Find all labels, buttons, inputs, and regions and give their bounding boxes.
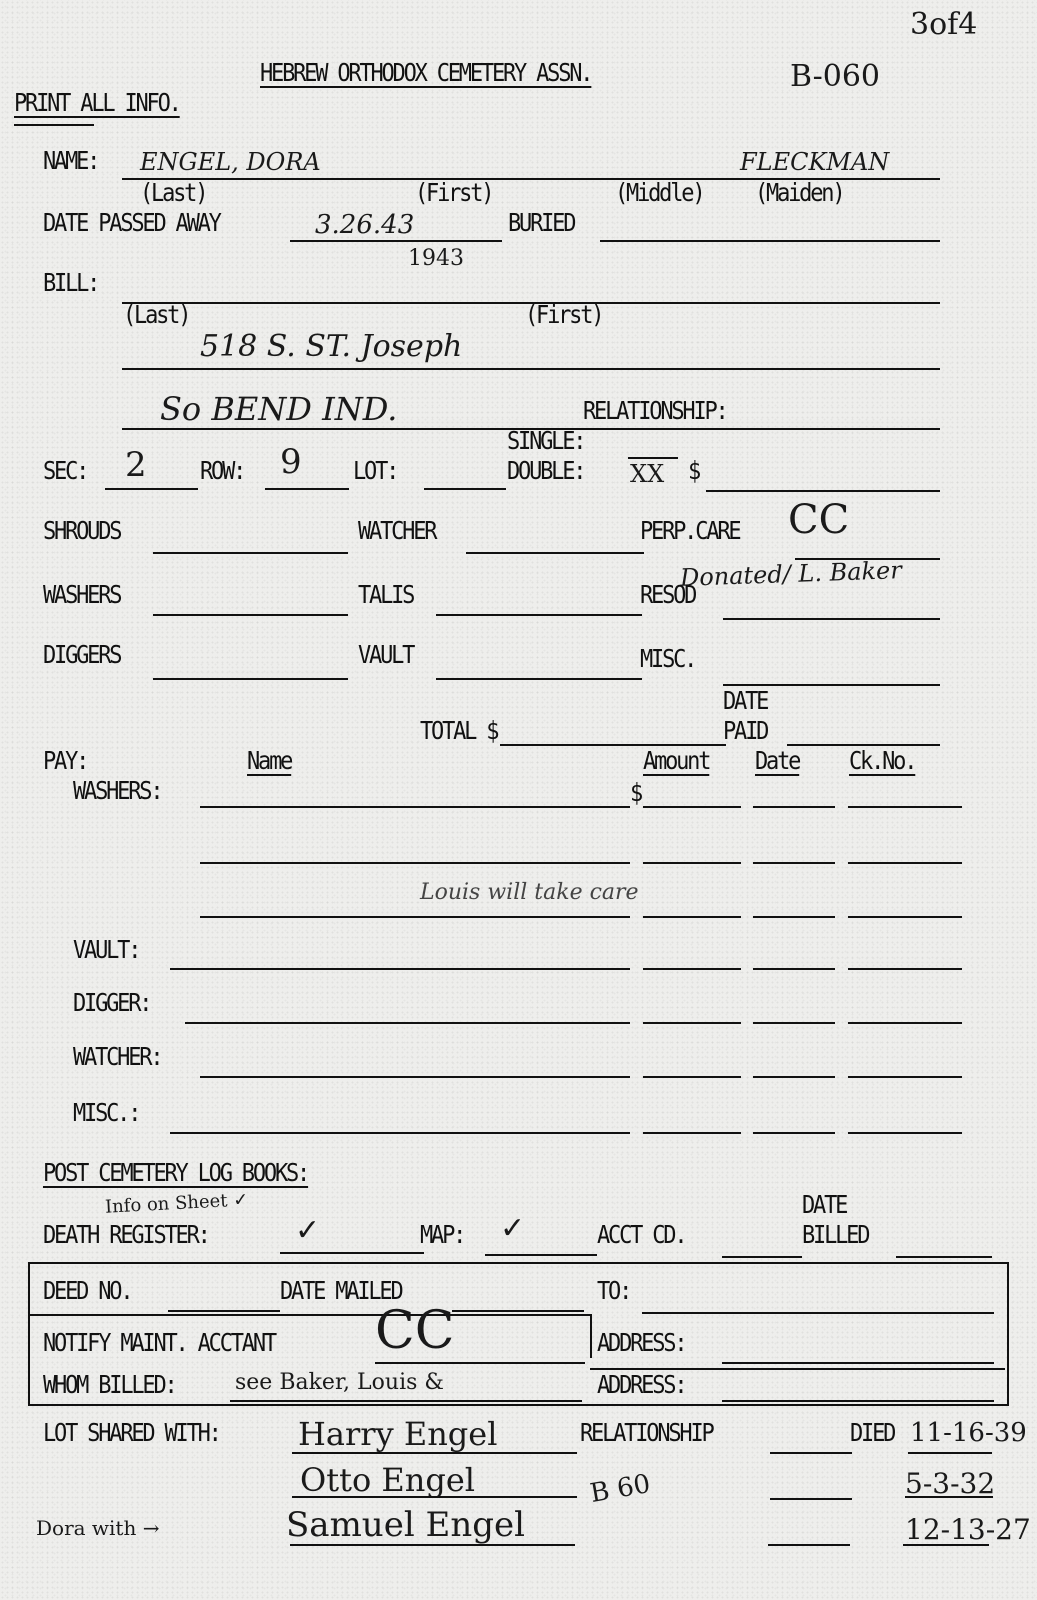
dollar-label: $ xyxy=(688,458,699,483)
pay-row-amount-line[interactable] xyxy=(643,968,741,970)
vault-label: VAULT xyxy=(358,642,413,667)
notify-box-top xyxy=(28,1314,590,1316)
lot-shared-name-2[interactable]: Otto Engel xyxy=(300,1464,475,1496)
side-note: Dora with → xyxy=(36,1518,159,1538)
ck-no-column-header: Ck.No. xyxy=(849,748,915,773)
lot-shared-line-3 xyxy=(290,1544,575,1546)
lot-line[interactable] xyxy=(424,488,506,490)
pay-row-misc-label: MISC.: xyxy=(73,1100,139,1125)
vault-line[interactable] xyxy=(436,678,642,680)
pay-row-ck-line[interactable] xyxy=(848,862,962,864)
pay-row-date-line[interactable] xyxy=(753,1132,835,1134)
maiden-sublabel: (Maiden) xyxy=(755,180,843,205)
lot-relationship-label: RELATIONSHIP xyxy=(580,1420,713,1445)
relationship-label: RELATIONSHIP: xyxy=(583,398,727,423)
pay-label: PAY: xyxy=(43,748,87,773)
instruction-text: PRINT ALL INFO. xyxy=(14,90,180,115)
pay-row-ck-line[interactable] xyxy=(848,1022,962,1024)
whom-billed-label: WHOM BILLED: xyxy=(43,1372,176,1397)
lot-shared-name-3[interactable]: Samuel Engel xyxy=(286,1508,525,1542)
resod-label: RESOD xyxy=(640,582,695,607)
death-register-line xyxy=(280,1252,424,1254)
pay-row-watcher-label: WATCHER: xyxy=(73,1044,161,1069)
amount-column-header: Amount xyxy=(643,748,709,773)
address-line-2[interactable] xyxy=(722,1400,994,1402)
washers-line[interactable] xyxy=(153,614,348,616)
name-value[interactable]: ENGEL, DORA xyxy=(140,150,321,174)
file-code: B-060 xyxy=(790,62,880,92)
first-sublabel: (First) xyxy=(415,180,492,205)
address-line-1[interactable] xyxy=(722,1362,994,1364)
maiden-name-value[interactable]: FLECKMAN xyxy=(740,150,889,174)
name-column-header: Name xyxy=(247,748,291,773)
notify-box-divider xyxy=(590,1314,592,1358)
divider xyxy=(14,124,94,126)
relationship-line-1[interactable] xyxy=(770,1452,852,1454)
deed-no-line[interactable] xyxy=(168,1310,280,1312)
map-label: MAP: xyxy=(420,1222,464,1247)
pay-row-amount-line[interactable] xyxy=(643,862,741,864)
date-column-header: Date xyxy=(755,748,799,773)
died-date-2[interactable]: 5-3-32 xyxy=(905,1470,995,1498)
double-label: DOUBLE: xyxy=(507,458,584,483)
lot-shared-line-2 xyxy=(292,1496,577,1498)
single-label: SINGLE: xyxy=(507,428,584,453)
lot-shared-label: LOT SHARED WITH: xyxy=(43,1420,220,1445)
pay-row-amount-line[interactable] xyxy=(643,916,741,918)
pay-row-washers-label: WASHERS: xyxy=(73,778,161,803)
death-register-check[interactable]: ✓ xyxy=(295,1216,320,1246)
date-paid-label-1: DATE xyxy=(723,688,767,713)
lot-shared-name-1[interactable]: Harry Engel xyxy=(298,1418,497,1450)
shrouds-line[interactable] xyxy=(153,552,348,554)
pay-row-date-line[interactable] xyxy=(753,806,835,808)
amount-line[interactable] xyxy=(706,490,940,492)
shrouds-label: SHROUDS xyxy=(43,518,120,543)
watcher-label: WATCHER xyxy=(358,518,435,543)
pay-row-name-line[interactable] xyxy=(185,1022,630,1024)
single-line xyxy=(628,457,678,459)
washers-label: WASHERS xyxy=(43,582,120,607)
bill-address-line1[interactable]: 518 S. ST. Joseph xyxy=(200,332,462,362)
to-label: TO: xyxy=(597,1278,630,1303)
pay-row-vault-label: VAULT: xyxy=(73,937,139,962)
pay-row-name-line[interactable] xyxy=(200,1076,630,1078)
date-billed-label-2: BILLED xyxy=(802,1222,868,1247)
death-register-label: DEATH REGISTER: xyxy=(43,1222,209,1247)
address-label-1: ADDRESS: xyxy=(597,1330,685,1355)
pay-row-amount-line[interactable] xyxy=(643,1076,741,1078)
sec-value[interactable]: 2 xyxy=(125,448,147,482)
pay-row-digger-label: DIGGER: xyxy=(73,990,150,1015)
pay-row-ck-line[interactable] xyxy=(848,1132,962,1134)
notify-maint-label: NOTIFY MAINT. ACCTANT xyxy=(43,1330,275,1355)
lot-label: LOT: xyxy=(353,458,397,483)
info-sheet-note: Info on Sheet ✓ xyxy=(105,1191,249,1216)
bill-label: BILL: xyxy=(43,270,98,295)
acct-cd-label: ACCT CD. xyxy=(597,1222,685,1247)
pay-dollar-sign: $ xyxy=(630,780,641,805)
date-billed-label-1: DATE xyxy=(802,1192,846,1217)
pay-row-name-line[interactable] xyxy=(200,916,630,918)
misc-label: MISC. xyxy=(640,646,695,671)
pay-row-date-line[interactable] xyxy=(753,968,835,970)
whom-billed-line xyxy=(230,1400,582,1402)
pay-row-ck-line[interactable] xyxy=(848,1076,962,1078)
margin-note: B 60 xyxy=(588,1471,652,1507)
pay-row-ck-line[interactable] xyxy=(848,968,962,970)
pay-row-name-line[interactable] xyxy=(200,806,630,808)
date-passed-value[interactable]: 3.26.43 xyxy=(315,212,414,238)
whom-billed-value[interactable]: see Baker, Louis & xyxy=(235,1372,444,1394)
died-date-3[interactable]: 12-13-27 xyxy=(905,1516,1031,1544)
address-label-2: ADDRESS: xyxy=(597,1372,685,1397)
address1-line xyxy=(122,368,940,370)
talis-line[interactable] xyxy=(436,614,642,616)
buried-label: BURIED xyxy=(508,210,574,235)
pay-row-ck-line[interactable] xyxy=(848,916,962,918)
date-mailed-label: DATE MAILED xyxy=(280,1278,402,1303)
perp-care-label: PERP.CARE xyxy=(640,518,739,543)
died-line-1 xyxy=(908,1452,992,1454)
talis-label: TALIS xyxy=(358,582,413,607)
date-paid-label-2: PAID xyxy=(723,718,767,743)
died-line-2 xyxy=(905,1496,993,1498)
year-note: 1943 xyxy=(408,248,464,270)
notify-maint-line xyxy=(375,1362,585,1364)
name-label: NAME: xyxy=(43,148,98,173)
notify-maint-value[interactable]: CC xyxy=(375,1305,455,1357)
relationship-line-3[interactable] xyxy=(768,1544,850,1546)
bill-last-sublabel: (Last) xyxy=(123,302,189,327)
pay-row-date-line[interactable] xyxy=(753,1076,835,1078)
bill-first-sublabel: (First) xyxy=(525,302,602,327)
died-date-1[interactable]: 11-16-39 xyxy=(910,1420,1027,1446)
double-value[interactable]: XX xyxy=(630,462,664,486)
date-passed-label: DATE PASSED AWAY xyxy=(43,210,220,235)
date-mailed-line[interactable] xyxy=(452,1310,584,1312)
middle-sublabel: (Middle) xyxy=(615,180,703,205)
diggers-line[interactable] xyxy=(153,678,348,680)
relationship-line-2[interactable] xyxy=(770,1498,852,1500)
pay-row-name-line[interactable] xyxy=(170,968,630,970)
pay-row-amount-line[interactable] xyxy=(643,1022,741,1024)
organization-title: HEBREW ORTHODOX CEMETERY ASSN. xyxy=(260,60,591,85)
sec-label: SEC: xyxy=(43,458,87,483)
acct-cd-line[interactable] xyxy=(722,1256,802,1258)
pay-row-date-line[interactable] xyxy=(753,862,835,864)
pay-row-ck-line[interactable] xyxy=(848,806,962,808)
watcher-line[interactable] xyxy=(466,552,644,554)
sec-line xyxy=(105,488,198,490)
died-label: DIED xyxy=(850,1420,894,1445)
map-line xyxy=(485,1254,597,1256)
total-label: TOTAL $ xyxy=(420,718,497,743)
lot-shared-line-1 xyxy=(292,1452,577,1454)
deed-no-label: DEED NO. xyxy=(43,1278,131,1303)
date-passed-line xyxy=(290,240,502,242)
diggers-label: DIGGERS xyxy=(43,642,120,667)
pay-row-name-line[interactable] xyxy=(170,1132,630,1134)
perp-care-note: Donated/ L. Baker xyxy=(680,558,902,590)
to-line[interactable] xyxy=(642,1312,994,1314)
pay-row-amount-line[interactable] xyxy=(643,1132,741,1134)
row-label: ROW: xyxy=(200,458,244,483)
pay-row-amount-line[interactable] xyxy=(643,806,741,808)
log-books-title: POST CEMETERY LOG BOOKS: xyxy=(43,1160,308,1185)
page-count-note: 3of4 xyxy=(910,10,977,40)
bill-address-line2[interactable]: So BEND IND. xyxy=(160,393,397,425)
row-line xyxy=(265,488,349,490)
pay-row-note: Louis will take care xyxy=(420,882,639,904)
row-value[interactable]: 9 xyxy=(280,445,302,479)
resod-line[interactable] xyxy=(723,618,940,620)
pay-row-name-line[interactable] xyxy=(200,862,630,864)
perp-care-value[interactable]: CC xyxy=(788,500,849,540)
buried-line[interactable] xyxy=(600,240,940,242)
pay-row-date-line[interactable] xyxy=(753,1022,835,1024)
date-billed-line[interactable] xyxy=(896,1256,992,1258)
pay-row-date-line[interactable] xyxy=(753,916,835,918)
map-check[interactable]: ✓ xyxy=(500,1214,525,1244)
died-line-3 xyxy=(903,1544,989,1546)
last-sublabel: (Last) xyxy=(140,180,206,205)
